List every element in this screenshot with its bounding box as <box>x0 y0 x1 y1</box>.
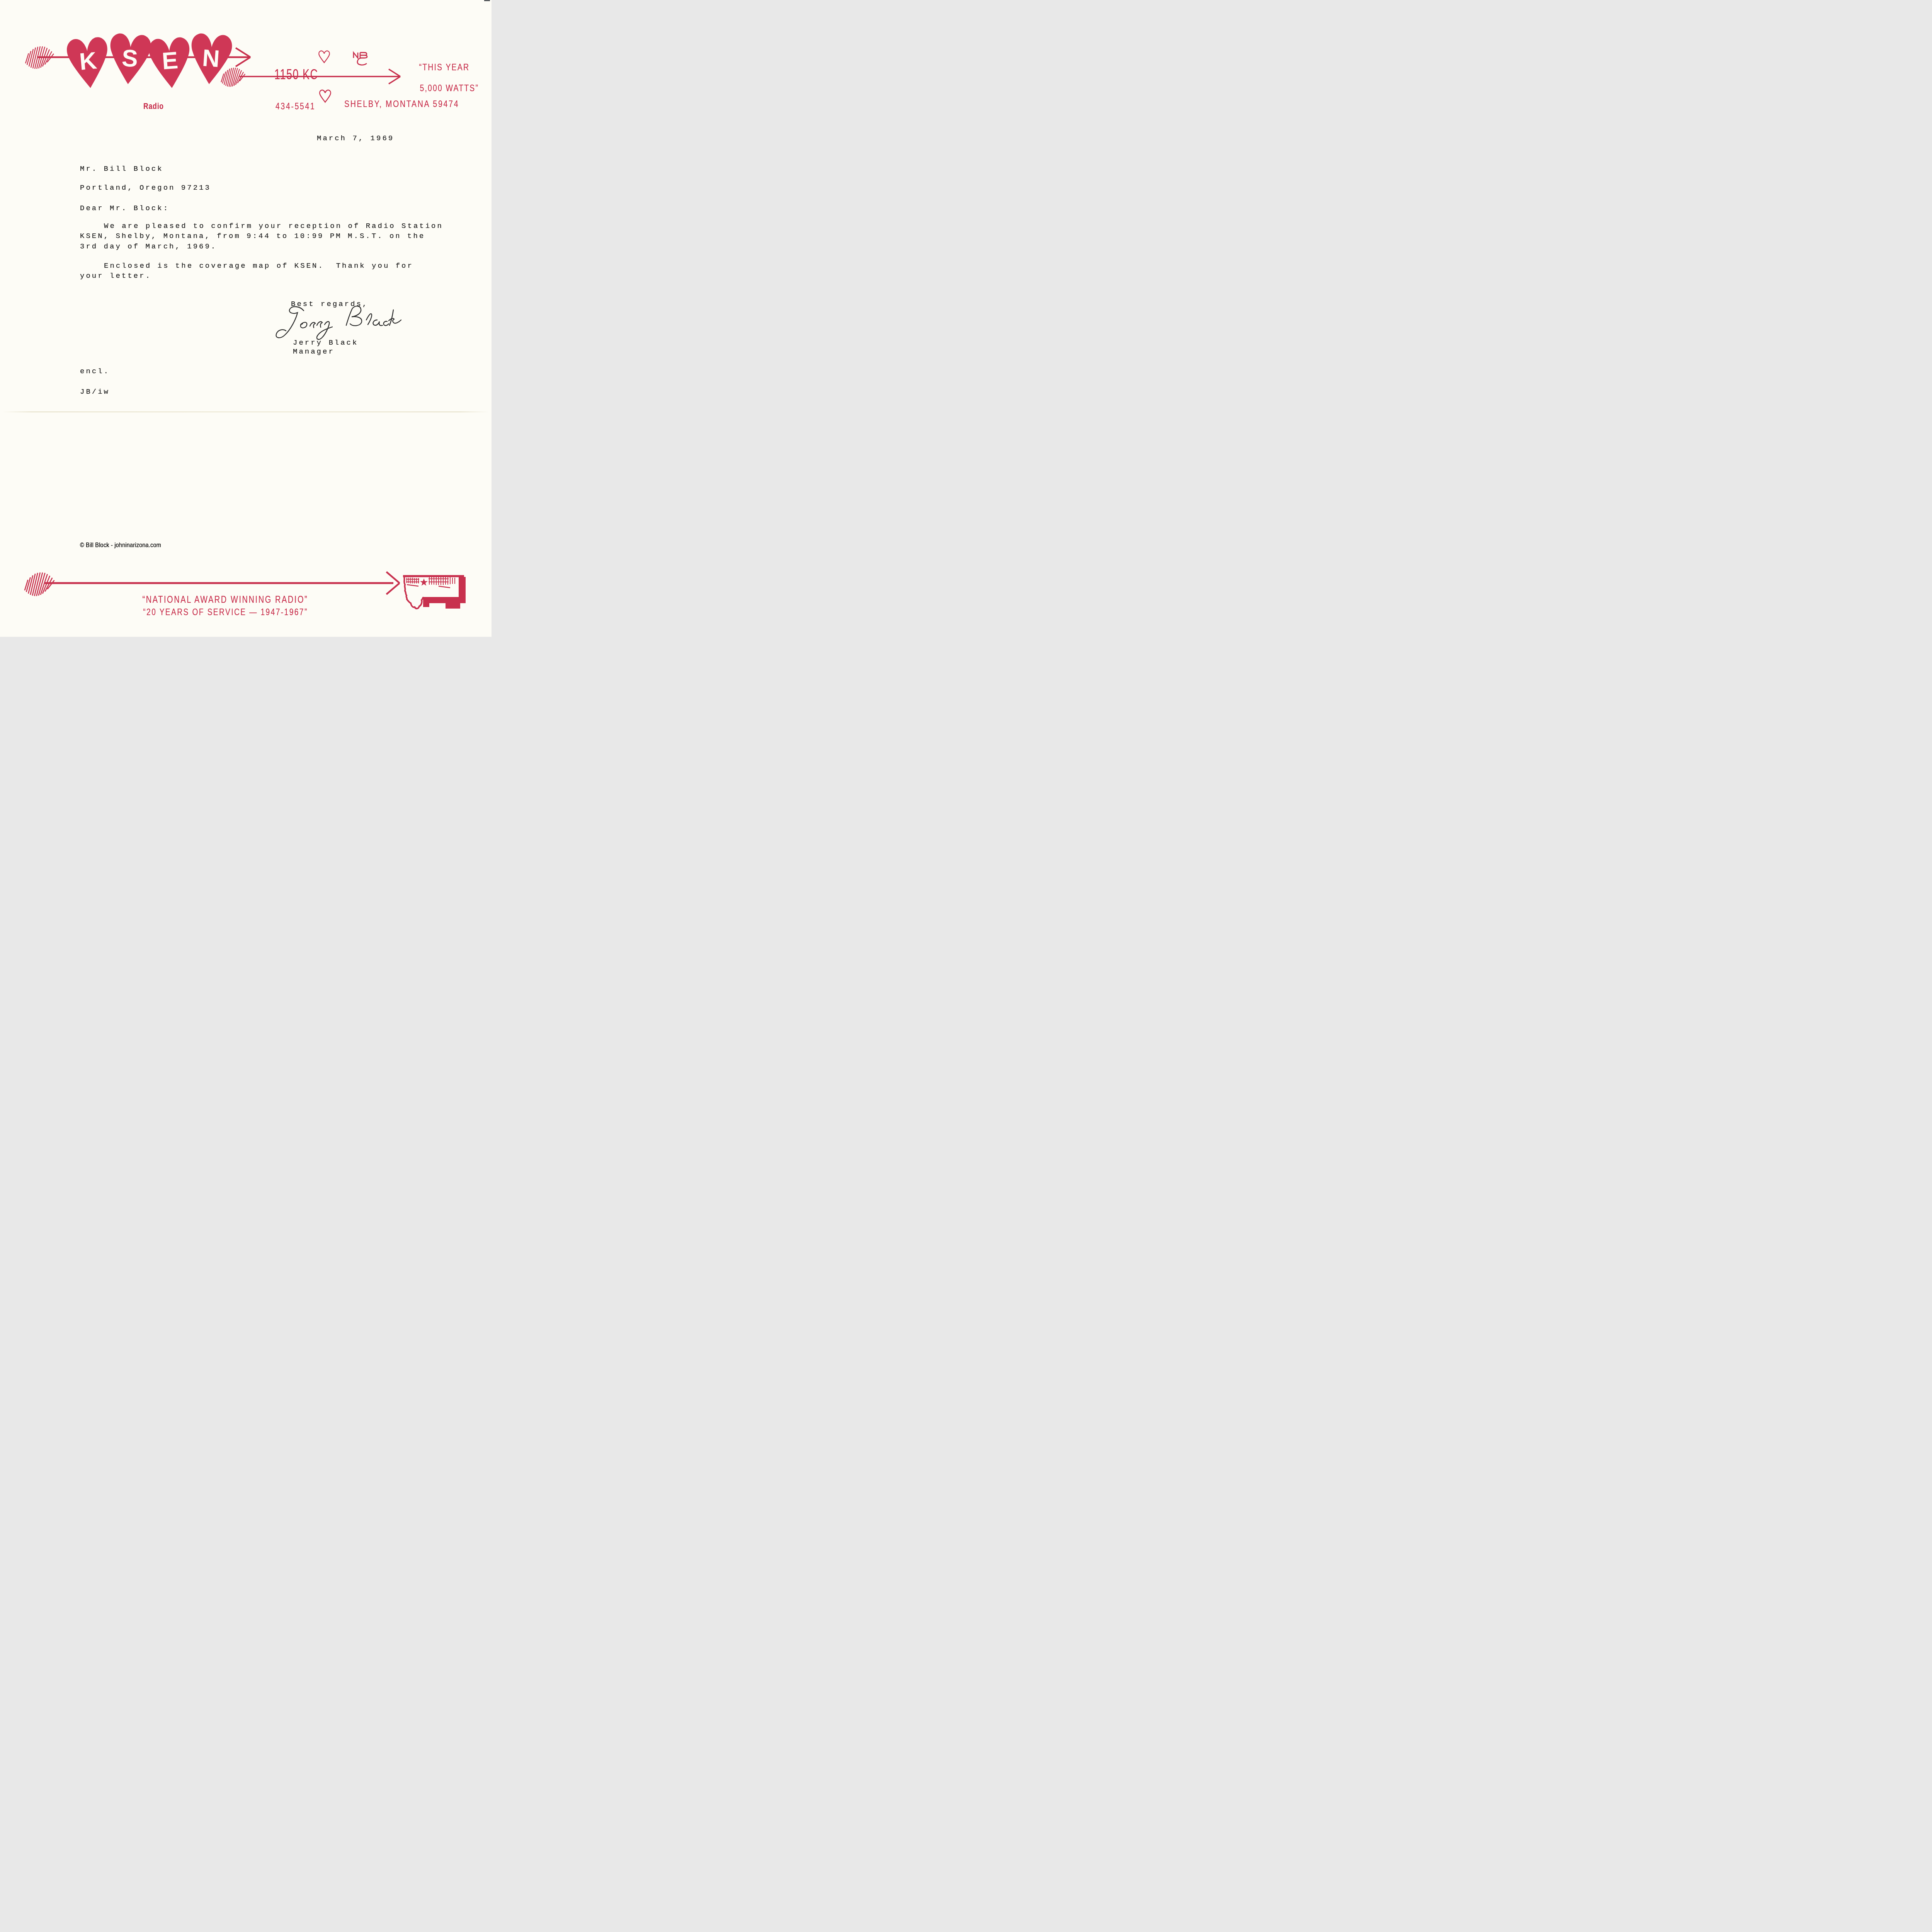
station-location: SHELBY, MONTANA 59474 <box>334 88 484 121</box>
salutation: Dear Mr. Block: <box>80 204 169 213</box>
radio-label: Radio <box>134 91 169 121</box>
footer-award-slogan: “NATIONAL AWARD WINNING RADIO” <box>90 594 361 605</box>
recipient-name: Mr. Bill Block <box>80 165 163 173</box>
signer-name: Jerry Black <box>293 338 358 347</box>
montana-state-stamp <box>403 576 466 609</box>
footer-service-slogan: “20 YEARS OF SERVICE — 1947-1967” <box>90 607 361 618</box>
phone-number: 434-5541 <box>265 90 325 123</box>
paper-fold-line <box>2 412 489 412</box>
enclosure-note: encl. <box>80 367 110 376</box>
heart-outline-icon <box>319 90 331 104</box>
recipient-address: Portland, Oregon 97213 <box>80 184 211 192</box>
call-letter-s: S <box>121 45 139 72</box>
signer-title: Manager <box>293 347 335 356</box>
call-letter-k: K <box>78 47 98 75</box>
nbc-network-logo <box>352 51 369 66</box>
body-paragraph2-line2: your letter. <box>80 272 151 280</box>
arrow-fletching-icon <box>25 573 54 596</box>
signature-handwriting <box>270 304 404 340</box>
body-paragraph1-line3: 3rd day of March, 1969. <box>80 242 217 251</box>
heart-outline-icon <box>318 51 330 64</box>
call-letter-e: E <box>161 47 179 75</box>
stamp-hatching <box>406 577 455 588</box>
star-icon <box>420 578 428 586</box>
scan-artifact <box>484 0 490 1</box>
copyright-credit: © Bill Block - johninarizona.com <box>80 542 172 549</box>
body-paragraph1-line2: KSEN, Shelby, Montana, from 9:44 to 10:9… <box>80 232 425 240</box>
body-paragraph1-line1: We are pleased to confirm your reception… <box>104 222 443 230</box>
letter-page: K S E N 1150 KC “THIS YEAR 5,000 WATTS” <box>0 0 492 637</box>
slogan-line-1: “THIS YEAR <box>419 62 470 73</box>
typist-initials: JB/iw <box>80 388 110 396</box>
letter-date: March 7, 1969 <box>317 134 394 143</box>
body-paragraph2-line1: Enclosed is the coverage map of KSEN. Th… <box>104 262 413 270</box>
